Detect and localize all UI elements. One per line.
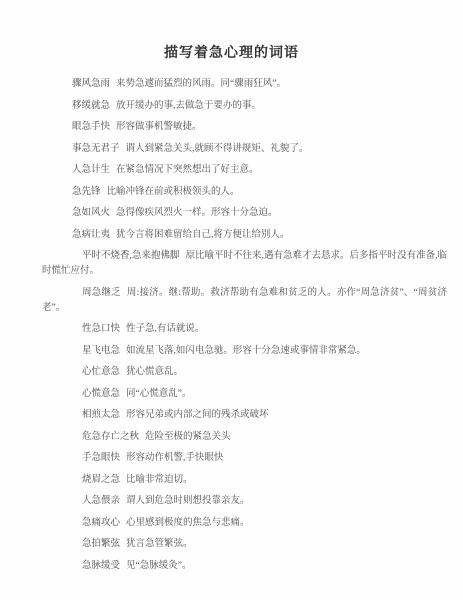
glossary-entry: 急脉缓受见“急脉缓灸”。 bbox=[42, 559, 447, 574]
glossary-entry: 人急计生在紧急情况下突然想出了好主意。 bbox=[42, 163, 447, 178]
definition-text: 犹心慌意乱。 bbox=[126, 367, 183, 377]
glossary-entry: 骤风急雨来势急遽而猛烈的风雨。同“骤雨狂风”。 bbox=[42, 77, 447, 92]
term-text: 周急继乏 bbox=[82, 288, 121, 298]
term-text: 事急无君子 bbox=[72, 144, 120, 154]
glossary-entry: 急如风火急得像疾风烈火一样。形容十分急迫。 bbox=[42, 206, 447, 221]
term-text: 手急眼快 bbox=[82, 453, 120, 463]
definition-text: 谓人到危急时则想投靠亲友。 bbox=[126, 496, 250, 506]
glossary-entry: 星飞电急如流星飞落,如闪电急驰。形容十分急速或事情非常紧急。 bbox=[42, 344, 447, 359]
term-text: 人急计生 bbox=[72, 165, 110, 175]
term-text: 相煎太急 bbox=[82, 410, 120, 420]
glossary-entry: 心慌意急同“心慌意乱”。 bbox=[42, 387, 447, 402]
term-text: 心忙意急 bbox=[82, 367, 120, 377]
glossary-entry: 急先锋比喻冲锋在前或积极领头的人。 bbox=[42, 185, 447, 200]
glossary-entry: 手急眼快形容动作机警,手快眼快 bbox=[42, 451, 447, 466]
definition-text: 危险至极的紧急关头 bbox=[145, 432, 231, 442]
definition-text: 来势急遽而猛烈的风雨。同“骤雨狂风”。 bbox=[116, 79, 286, 89]
definition-text: 比喻非常迫切。 bbox=[126, 475, 193, 485]
glossary-entry: 人急偎亲谓人到危急时则想投靠亲友。 bbox=[42, 494, 447, 509]
term-text: 急如风火 bbox=[72, 208, 110, 218]
definition-text: 形容做事机警敏捷。 bbox=[116, 122, 202, 132]
definition-text: 放开缓办的事,去做急于要办的事。 bbox=[116, 101, 261, 111]
page-title: 描写着急心理的词语 bbox=[0, 0, 463, 63]
definition-text: 犹今言将困难留给自己,将方便让给别人。 bbox=[116, 230, 289, 240]
glossary-entry: 事急无君子谓人到紧急关头,就顾不得讲规矩、礼貌了。 bbox=[42, 142, 447, 157]
document-page: 描写着急心理的词语 骤风急雨来势急遽而猛烈的风雨。同“骤雨狂风”。 移缓就急放开… bbox=[0, 0, 463, 600]
glossary-entry: 周急继乏周:接济。继:帮助。救济帮助有急难和贫乏的人。亦作“周急济贫”、“周贫济… bbox=[42, 286, 447, 316]
glossary-entry: 急拍繁弦犹言急管繁弦。 bbox=[42, 537, 447, 552]
term-text: 急脉缓受 bbox=[82, 561, 120, 571]
definitions-list: 骤风急雨来势急遽而猛烈的风雨。同“骤雨狂风”。 移缓就急放开缓办的事,去做急于要… bbox=[42, 77, 447, 574]
glossary-entry: 移缓就急放开缓办的事,去做急于要办的事。 bbox=[42, 99, 447, 114]
term-text: 烧眉之急 bbox=[82, 475, 120, 485]
definition-text: 急得像疾风烈火一样。形容十分急迫。 bbox=[116, 208, 278, 218]
definition-text: 比喻冲锋在前或积极领头的人。 bbox=[107, 187, 240, 197]
term-text: 星飞电急 bbox=[82, 346, 120, 356]
definition-text: 谓人到紧急关头,就顾不得讲规矩、礼貌了。 bbox=[126, 144, 309, 154]
term-text: 平时不烧香,急来抱佛脚 bbox=[82, 251, 179, 261]
definition-text: 见“急脉缓灸”。 bbox=[126, 561, 191, 571]
term-text: 急病让夷 bbox=[72, 230, 110, 240]
term-text: 急痛攻心 bbox=[82, 518, 120, 528]
glossary-entry: 眼急手快形容做事机警敏捷。 bbox=[42, 120, 447, 135]
glossary-entry: 急痛攻心心里感到极度的焦急与悲痛。 bbox=[42, 516, 447, 531]
glossary-entry: 性急口快性子急,有话就说。 bbox=[42, 322, 447, 337]
term-text: 骤风急雨 bbox=[72, 79, 110, 89]
term-text: 性急口快 bbox=[82, 324, 120, 334]
definition-text: 同“心慌意乱”。 bbox=[126, 389, 191, 399]
definition-text: 形容动作机警,手快眼快 bbox=[126, 453, 223, 463]
definition-text: 如流星飞落,如闪电急驰。形容十分急速或事情非常紧急。 bbox=[126, 346, 366, 356]
term-text: 移缓就急 bbox=[72, 101, 110, 111]
term-text: 急先锋 bbox=[72, 187, 101, 197]
glossary-entry: 急病让夷犹今言将困难留给自己,将方便让给别人。 bbox=[42, 228, 447, 243]
glossary-entry: 危急存亡之秋危险至极的紧急关头 bbox=[42, 430, 447, 445]
definition-text: 在紧急情况下突然想出了好主意。 bbox=[116, 165, 259, 175]
glossary-entry: 心忙意急犹心慌意乱。 bbox=[42, 365, 447, 380]
term-text: 心慌意急 bbox=[82, 389, 120, 399]
term-text: 人急偎亲 bbox=[82, 496, 120, 506]
term-text: 眼急手快 bbox=[72, 122, 110, 132]
definition-text: 性子急,有话就说。 bbox=[126, 324, 204, 334]
definition-text: 心里感到极度的焦急与悲痛。 bbox=[126, 518, 250, 528]
glossary-entry: 烧眉之急比喻非常迫切。 bbox=[42, 473, 447, 488]
glossary-entry: 平时不烧香,急来抱佛脚原比喻平时不往来,遇有急难才去恳求。后多指平时没有准备,临… bbox=[42, 249, 447, 279]
term-text: 急拍繁弦 bbox=[82, 539, 120, 549]
glossary-entry: 相煎太急形容兄弟或内部之间的残杀或破坏 bbox=[42, 408, 447, 423]
definition-text: 犹言急管繁弦。 bbox=[126, 539, 193, 549]
definition-text: 形容兄弟或内部之间的残杀或破坏 bbox=[126, 410, 269, 420]
term-text: 危急存亡之秋 bbox=[82, 432, 139, 442]
